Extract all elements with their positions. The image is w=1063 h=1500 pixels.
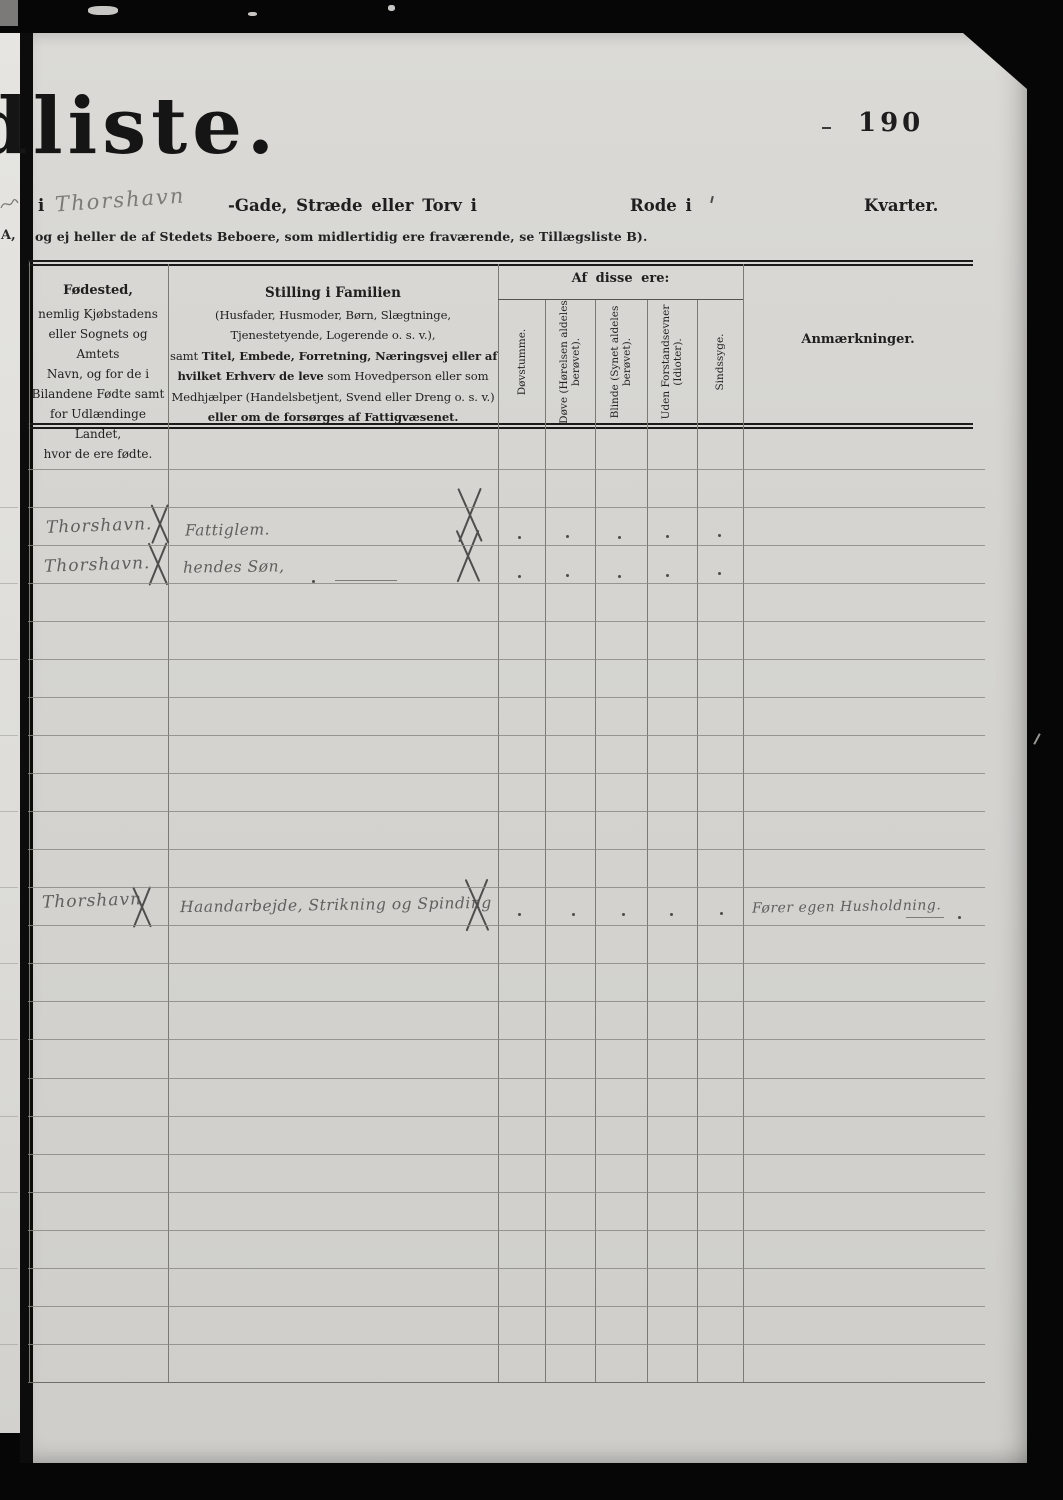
column-divider: [647, 299, 648, 1382]
table-row-line: [28, 925, 985, 926]
adjacent-page-line: [0, 583, 18, 584]
position-header-line: samt Titel, Embede, Forretning, Næringsv…: [170, 346, 496, 366]
scan-border-top: [0, 0, 1063, 33]
birthplace-header-title: Fødested,: [30, 283, 166, 298]
column-header-sindssyge: Sindssyge.: [714, 300, 726, 424]
table-row-line: [28, 963, 985, 964]
position-header-line: Tjenestetyende, Logerende o. s. v.),: [170, 325, 496, 345]
birthplace-cell: Thorshavn.: [46, 514, 153, 538]
table-row-line: [28, 469, 985, 470]
column-divider: [743, 264, 744, 1382]
birthplace-header-line: Bilandene Fødte samt: [30, 384, 166, 404]
pen-dot: [718, 534, 721, 537]
position-cell: Fattiglem.: [185, 520, 270, 539]
remark-cell: Fører egen Husholdning.: [752, 897, 941, 916]
address-i-label: i: [38, 196, 44, 215]
pen-dot: [666, 574, 669, 577]
pen-dot: [518, 575, 521, 578]
table-row-line: [28, 1344, 985, 1345]
table-row-line: [28, 545, 985, 546]
birthplace-header-line: Navn, og for de i: [30, 364, 166, 384]
scan-speck: [248, 12, 257, 16]
pen-filler-line: [906, 917, 944, 918]
pen-dot: [958, 916, 961, 919]
scan-speck: [88, 6, 118, 15]
table-row-line: [28, 1039, 985, 1040]
scan-smudge: [0, 0, 18, 26]
position-header-line: Medhjælper (Handelsbetjent, Svend eller …: [170, 387, 496, 407]
pen-dot: [518, 536, 521, 539]
birthplace-header-line: for Udlændinge Landet,: [30, 404, 166, 444]
pen-dot: [618, 536, 621, 539]
pen-dot: [518, 913, 521, 916]
pen-cross-mark: [452, 528, 482, 584]
page-title: liste.: [33, 88, 279, 166]
kvarter-label: Kvarter.: [864, 196, 938, 215]
position-header-line: eller om de forsørges af Fattigvæsenet.: [170, 407, 496, 427]
birthplace-header-line: eller Sognets og Amtets: [30, 324, 166, 364]
table-row-line: [28, 1116, 985, 1117]
column-header-dovstumme: Døvstumme.: [516, 300, 528, 424]
column-header-remarks: Anmærkninger.: [745, 332, 971, 347]
note-left-fragment: A,: [1, 228, 16, 243]
pen-cross-mark: [146, 503, 172, 545]
pen-cross-mark: [143, 541, 170, 587]
column-group-header: Af disse ere:: [498, 271, 743, 286]
adjacent-page-line: [0, 1344, 18, 1345]
column-header-uden-forstandsevner: Uden Forstandsevner (Idioter).: [660, 300, 684, 424]
table-row-line: [28, 1154, 985, 1155]
adjacent-page-line: [0, 963, 18, 964]
scan-speck: [388, 5, 395, 11]
adjacent-page-line: [0, 735, 18, 736]
column-header-position: Stilling i Familien (Husfader, Husmoder,…: [170, 285, 496, 427]
pen-filler-line: [335, 580, 397, 581]
birthplace-header-line: nemlig Kjøbstadens: [30, 304, 166, 324]
pen-dot: [670, 913, 673, 916]
position-cell: hendes Søn,: [183, 557, 285, 576]
table-row-line: [28, 1192, 985, 1193]
position-header-line: hvilket Erhverv de leve som Hovedperson …: [170, 366, 496, 386]
table-row-line: [28, 811, 985, 812]
pen-dot: [566, 574, 569, 577]
page-number: 190: [858, 108, 924, 138]
table-row-line: [28, 621, 985, 622]
table-row-line: [28, 735, 985, 736]
adjacent-page-line: [0, 811, 18, 812]
column-divider: [545, 299, 546, 1382]
table-top-rule: [28, 260, 973, 262]
column-divider: [498, 264, 499, 1382]
birthplace-header-line: hvor de ere fødte.: [30, 444, 166, 464]
adjacent-page-line: [0, 1268, 18, 1269]
table-row-line: [28, 849, 985, 850]
table-row-line: [28, 697, 985, 698]
column-header-blinde: Blinde (Synet aldeles berøvet).: [609, 300, 633, 424]
column-divider: [595, 299, 596, 1382]
birthplace-cell: Thorshavn.: [44, 553, 151, 577]
paper-sheet: [33, 33, 1027, 1463]
position-header-title: Stilling i Familien: [170, 285, 496, 301]
position-header-line: (Husfader, Husmoder, Børn, Slægtninge,: [170, 305, 496, 325]
column-header-birthplace: Fødested, nemlig Kjøbstadens eller Sogne…: [30, 283, 166, 464]
adjacent-page-line: [0, 1039, 18, 1040]
table-row-line: [28, 507, 985, 508]
table-row-line: [28, 583, 985, 584]
book-gutter-shadow: [20, 0, 33, 1500]
instruction-note: og ej heller de af Stedets Beboere, som …: [35, 229, 647, 244]
table-row-line: [28, 659, 985, 660]
scanned-census-page: d liste. 190 i Thorshavn -Gade, Stræde e…: [0, 0, 1063, 1500]
table-top-rule: [28, 264, 973, 266]
table-row-line: [28, 1382, 985, 1383]
adjacent-page-line: [0, 659, 18, 660]
page-number-dash: [822, 127, 831, 129]
table-row-line: [28, 887, 985, 888]
adjacent-page-line: [0, 507, 18, 508]
table-row-line: [28, 1268, 985, 1269]
column-divider: [168, 264, 169, 1382]
table-row-line: [28, 1306, 985, 1307]
rode-label: Rode i: [630, 196, 692, 215]
page-title-clipped-letter: d: [0, 88, 28, 166]
adjacent-page-line: [0, 1116, 18, 1117]
pen-dot: [718, 572, 721, 575]
column-divider: [697, 299, 698, 1382]
pen-cross-mark: [127, 885, 155, 929]
scan-border-bottom: [0, 1463, 1063, 1500]
pen-dot: [666, 535, 669, 538]
table-row-line: [28, 1001, 985, 1002]
adjacent-page-line: [0, 887, 18, 888]
table-row-line: [28, 773, 985, 774]
pen-dot: [572, 913, 575, 916]
pen-dot: [566, 535, 569, 538]
handwriting-fragment: [0, 194, 19, 214]
pen-dot: [618, 575, 621, 578]
street-label: -Gade, Stræde eller Torv i: [228, 196, 477, 215]
scan-border-right: [1027, 0, 1063, 1500]
table-row-line: [28, 1230, 985, 1231]
adjacent-page-line: [0, 1192, 18, 1193]
table-row-line: [28, 1078, 985, 1079]
pen-dot: [622, 913, 625, 916]
column-header-dove: Døve (Hørelsen aldeles berøvet).: [558, 300, 582, 424]
pen-dot: [720, 912, 723, 915]
